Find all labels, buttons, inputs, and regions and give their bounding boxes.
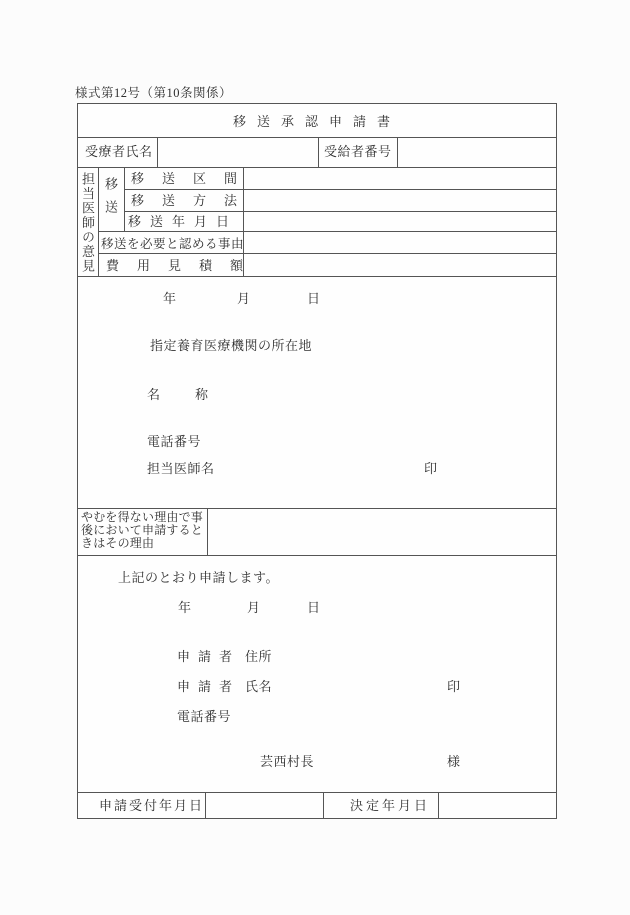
doctor-date-year-label: 年 xyxy=(163,292,177,307)
late-reason-field xyxy=(208,509,556,554)
decision-date-label: 決定年月日 xyxy=(350,799,430,814)
applicant-date-month-label: 月 xyxy=(247,601,261,616)
divider-doctor-block-bottom xyxy=(77,276,557,277)
divider-side-label-right xyxy=(98,167,99,276)
transport-side-label: 移送 xyxy=(104,177,117,223)
divider-late-reason-bottom xyxy=(77,555,557,556)
institution-address-label: 指定養育医療機関の所在地 xyxy=(150,339,312,354)
doctor-name-label: 担当医師名 xyxy=(147,462,215,477)
received-date-label: 申請受付年月日 xyxy=(99,799,204,814)
application-statement: 上記のとおり申請します。 xyxy=(118,571,279,586)
divider-number-label-left xyxy=(318,137,319,167)
cost-estimate-label: 費用見積額 xyxy=(106,259,261,274)
addressee-label: 芸西村長 xyxy=(260,755,314,770)
transfer-reason-label: 移送を必要と認める事由 xyxy=(101,237,244,251)
divider-transport-right xyxy=(124,167,125,231)
applicant-prefix-address: 申請者 xyxy=(177,650,240,665)
doctor-date-day-label: 日 xyxy=(307,292,321,307)
divider-decided-label-left xyxy=(323,792,324,819)
addressee-honorific: 様 xyxy=(447,755,461,770)
patient-name-label: 受療者氏名 xyxy=(85,145,153,160)
transfer-reason-field xyxy=(244,232,556,252)
applicant-date-day-label: 日 xyxy=(307,601,321,616)
institution-name-label: 名称 xyxy=(147,388,243,403)
form-title: 移送承認申請書 xyxy=(77,115,557,130)
applicant-name-label: 氏名 xyxy=(245,680,272,695)
applicant-phone-label: 電話番号 xyxy=(177,710,231,725)
applicant-seal-label: 印 xyxy=(447,680,461,695)
doctor-seal-label: 印 xyxy=(424,462,438,477)
form-page: 様式第12号（第10条関係） 移送承認申請書 受療者氏名 受給者番号 担当医師の… xyxy=(0,0,630,915)
transfer-route-label: 移送区間 xyxy=(131,172,255,187)
decision-date-field xyxy=(439,793,556,818)
form-number-note: 様式第12号（第10条関係） xyxy=(75,86,232,100)
doctor-opinion-side-label: 担当医師の意見 xyxy=(81,172,94,274)
doctor-phone-label: 電話番号 xyxy=(147,435,201,450)
applicant-date-year-label: 年 xyxy=(178,601,192,616)
transfer-date-field xyxy=(244,212,556,230)
transfer-method-label: 移送方法 xyxy=(131,194,255,209)
cost-estimate-field xyxy=(244,254,556,275)
doctor-date-month-label: 月 xyxy=(237,292,251,307)
transfer-route-field xyxy=(244,168,556,188)
transfer-date-label: 移送年月日 xyxy=(128,215,238,230)
transfer-method-field xyxy=(244,190,556,210)
late-reason-label: やむを得ない理由で事後において申請するときはその理由 xyxy=(81,511,205,550)
patient-name-field xyxy=(158,138,317,166)
recipient-number-label: 受給者番号 xyxy=(324,145,392,160)
received-date-field xyxy=(206,793,322,818)
applicant-address-label: 住所 xyxy=(245,650,272,665)
applicant-prefix-name: 申請者 xyxy=(177,680,240,695)
recipient-number-field xyxy=(398,138,556,166)
